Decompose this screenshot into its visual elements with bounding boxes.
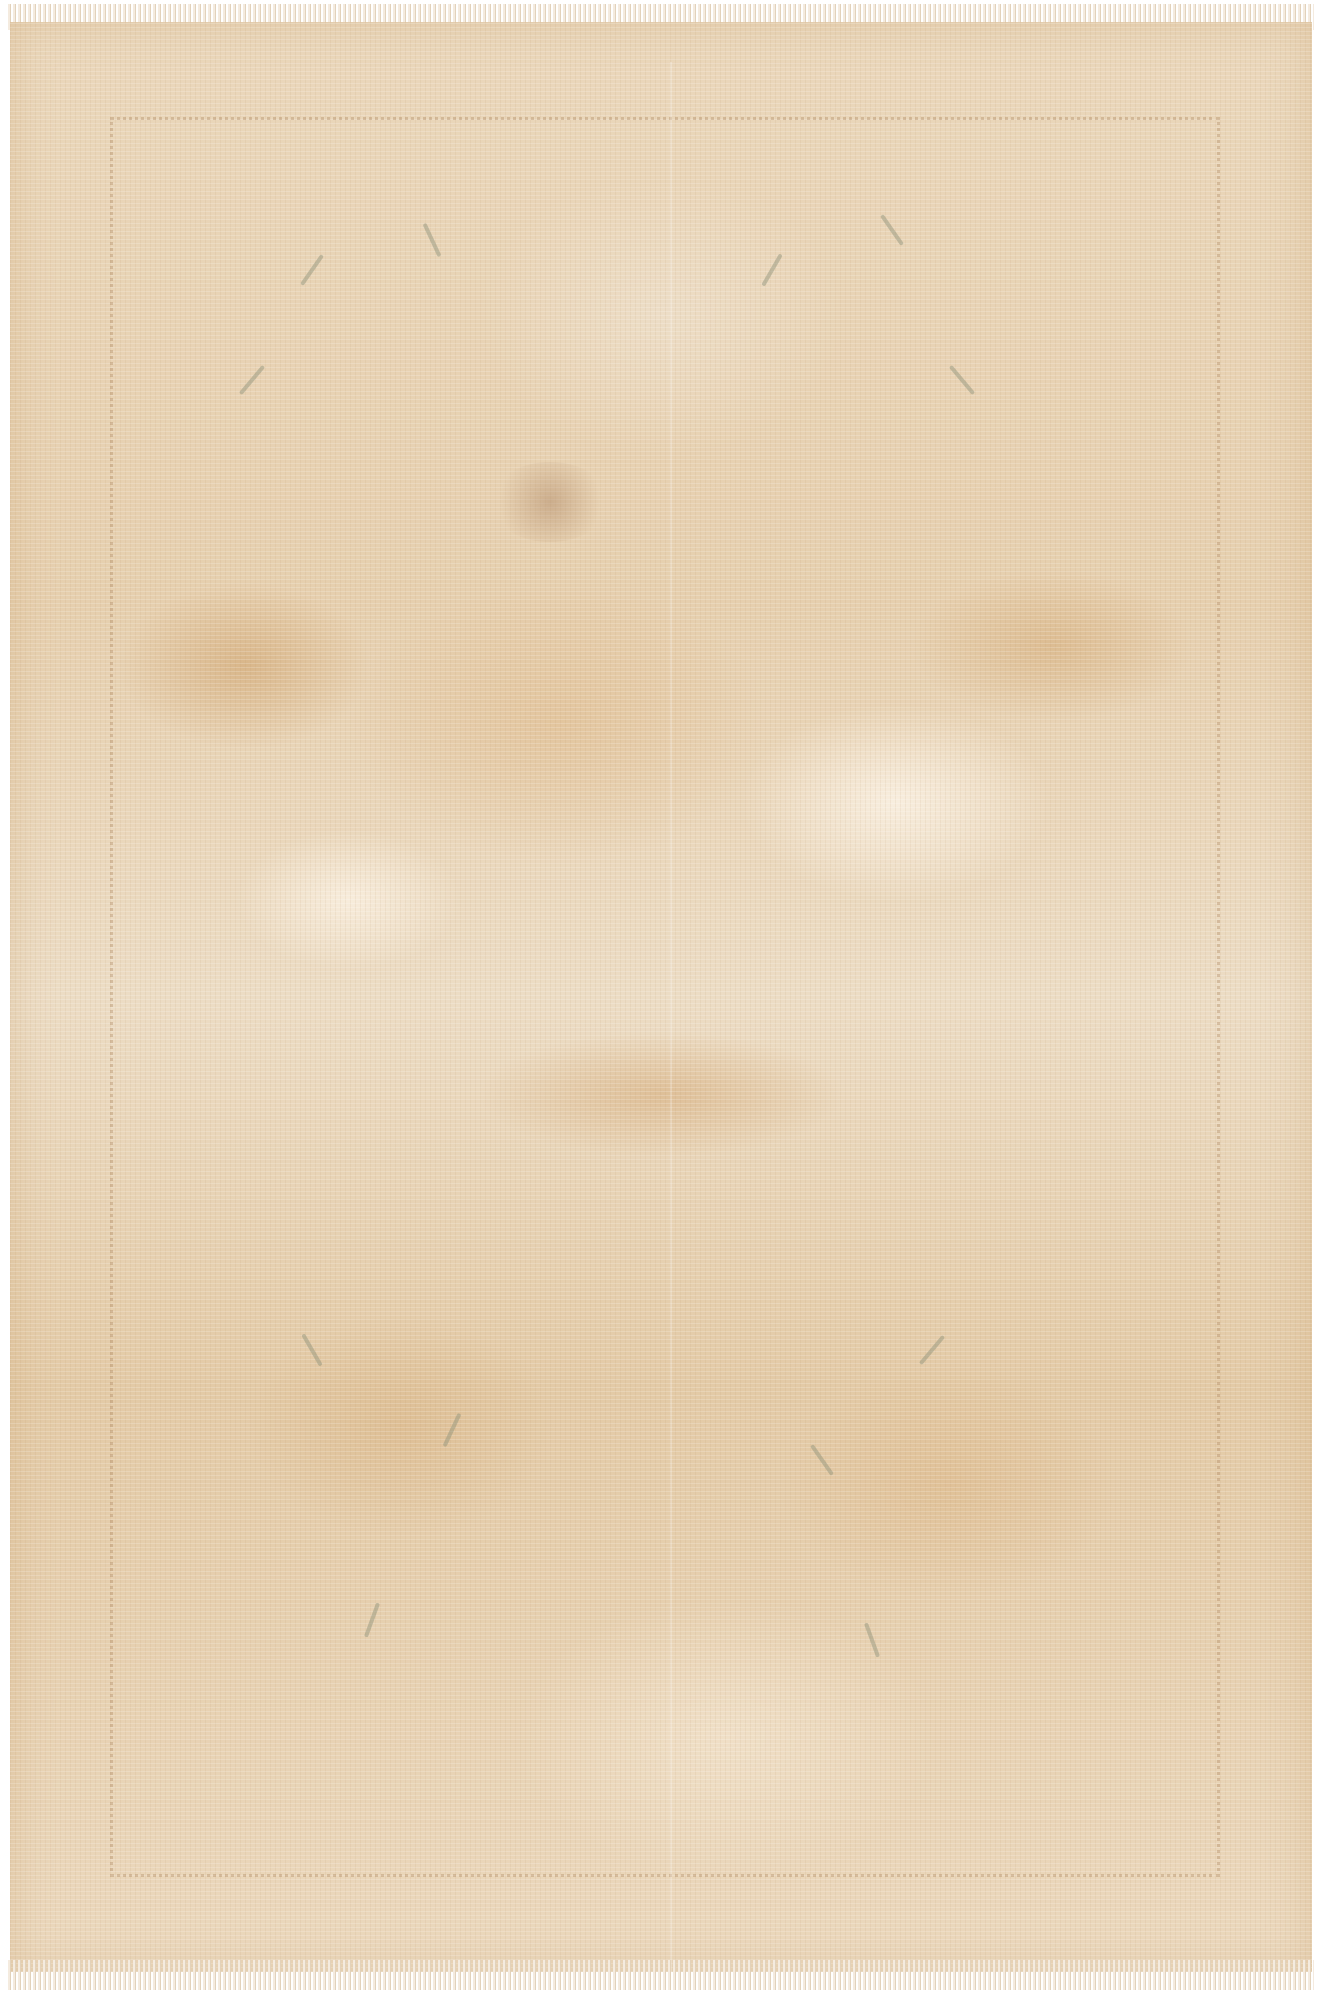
rug-inner-border [110, 117, 1220, 1877]
rug-bottom-fringe [8, 1960, 1314, 1990]
rug-fold-line [670, 62, 672, 1982]
photo-canvas [0, 0, 1322, 2000]
rug [10, 22, 1312, 1972]
